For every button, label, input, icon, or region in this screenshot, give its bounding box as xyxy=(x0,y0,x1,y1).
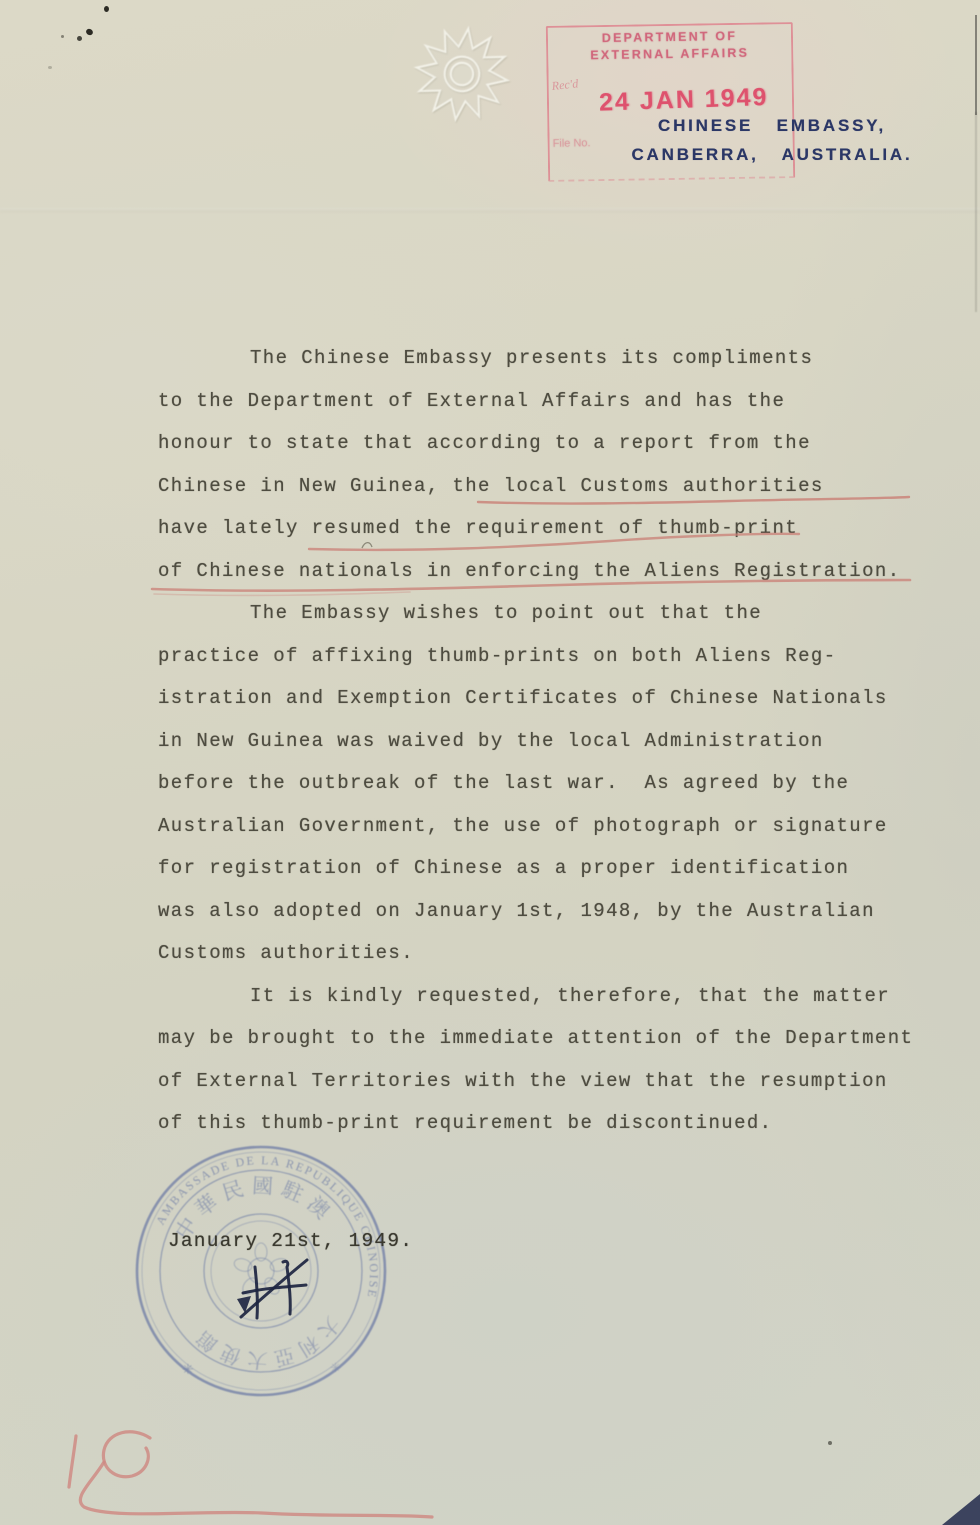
body-line: It is kindly requested, therefore, that … xyxy=(158,975,948,1018)
body-line: istration and Exemption Certificates of … xyxy=(158,677,948,720)
ink-speck xyxy=(77,36,82,41)
sun-core xyxy=(449,61,474,86)
body-line: to the Department of External Affairs an… xyxy=(158,380,948,423)
signature-stroke xyxy=(243,1285,306,1293)
annotation-one-stroke xyxy=(69,1436,76,1487)
embassy-round-seal: AMBASSADE DE LA REPUBLIQUE CHINOISE 中華民國… xyxy=(126,1136,396,1406)
annotation-loop-stroke xyxy=(103,1432,150,1477)
body-line: of this thumb-print requirement be disco… xyxy=(158,1102,948,1145)
body-line: before the outbreak of the last war. As … xyxy=(158,762,948,805)
letterhead-line1: CHINESE EMBASSY, xyxy=(658,116,886,136)
body-line: The Embassy wishes to point out that the xyxy=(158,592,948,635)
letterhead-line2: CANBERRA, AUSTRALIA. xyxy=(631,145,912,165)
body-line: of Chinese nationals in enforcing the Al… xyxy=(158,550,948,593)
body-line: Australian Government, the use of photog… xyxy=(158,805,948,848)
signature-stroke xyxy=(241,1260,307,1317)
signature-ink-blob xyxy=(237,1296,251,1313)
signature-stroke xyxy=(283,1261,290,1314)
seal-outer-ring xyxy=(137,1147,385,1395)
ink-speck xyxy=(61,35,64,38)
body-line: in New Guinea was waived by the local Ad… xyxy=(158,720,948,763)
received-stamp-recd-label: Rec'd xyxy=(551,76,579,94)
ink-speck xyxy=(104,6,109,12)
body-line: of External Territories with the view th… xyxy=(158,1060,948,1103)
ink-speck xyxy=(85,28,94,37)
seal-latin-ring-text: AMBASSADE DE LA REPUBLIQUE CHINOISE xyxy=(153,1153,381,1300)
corner-shadow xyxy=(942,1494,980,1525)
received-stamp-file-label: File No. xyxy=(553,137,591,150)
body-line: The Chinese Embassy presents its complim… xyxy=(158,337,948,380)
seal-star-right: ✳ xyxy=(330,1360,341,1375)
seal-star-left: ✳ xyxy=(182,1361,194,1377)
scanned-letter-page: DEPARTMENT OF EXTERNAL AFFAIRS Rec'd 24 … xyxy=(0,0,980,1525)
body-line: for registration of Chinese as a proper … xyxy=(158,847,948,890)
body-line: honour to state that according to a repo… xyxy=(158,422,948,465)
body-line: have lately resumed the requirement of t… xyxy=(158,507,948,550)
sun-ring xyxy=(442,54,481,93)
body-line: practice of affixing thumb-prints on bot… xyxy=(158,635,948,678)
sun-rays xyxy=(410,22,513,125)
paragraph-3: It is kindly requested, therefore, that … xyxy=(158,975,948,1145)
ink-speck xyxy=(48,66,52,69)
received-stamp-date: 24 JAN 1949 xyxy=(599,83,769,118)
letter-body: The Chinese Embassy presents its complim… xyxy=(158,337,948,1145)
paragraph-2: The Embassy wishes to point out that the… xyxy=(158,592,948,975)
paragraph-1: The Chinese Embassy presents its complim… xyxy=(158,337,948,592)
page-edge-line xyxy=(975,15,977,115)
page-edge-line-faint xyxy=(975,112,977,312)
date-line: January 21st, 1949. xyxy=(168,1230,413,1252)
signature-stroke xyxy=(255,1267,257,1318)
body-line: Customs authorities. xyxy=(158,932,948,975)
body-line: may be brought to the immediate attentio… xyxy=(158,1017,948,1060)
seal-outer-ring-inner xyxy=(142,1152,380,1390)
body-line: was also adopted on January 1st, 1948, b… xyxy=(158,890,948,933)
seal-mid-ring xyxy=(160,1170,362,1372)
annotation-tail-stroke xyxy=(80,1462,432,1517)
received-stamp-dept-line2: EXTERNAL AFFAIRS xyxy=(548,45,791,63)
seal-chinese-bottom-text: 大利亞大使館 xyxy=(188,1312,345,1373)
ink-speck xyxy=(828,1441,832,1445)
embossed-sun-seal xyxy=(406,18,518,130)
paper-crease xyxy=(0,208,980,212)
received-stamp-dept-line1: DEPARTMENT OF xyxy=(548,28,791,46)
body-line: Chinese in New Guinea, the local Customs… xyxy=(158,465,948,508)
